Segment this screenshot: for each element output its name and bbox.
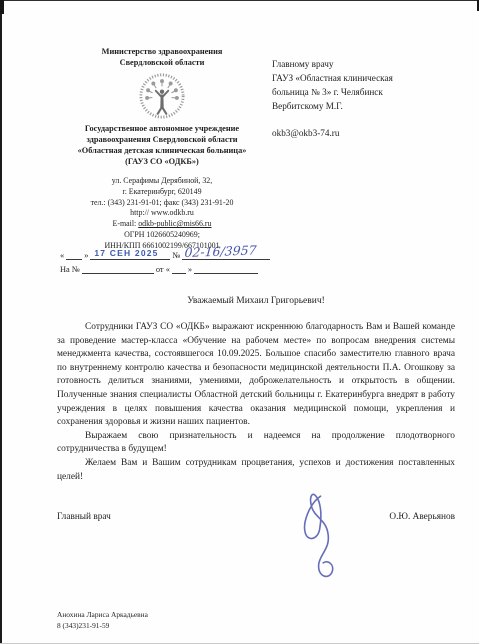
body-paragraph-3: Желаем Вам и Вашим сотрудникам процветан…: [57, 457, 455, 484]
hospital-logo-icon: [138, 72, 186, 120]
scan-edge-top-left: [0, 0, 4, 14]
sender-ogrn: ОГРН 1026605240969;: [56, 230, 268, 241]
recipient-org-line1: ГАУЗ «Областная клиническая: [272, 71, 462, 85]
executor-block: Анохина Лариса Аркадьевна 8 (343)231-91-…: [57, 610, 148, 631]
scan-edge-top: [0, 0, 479, 1]
letter-body: Сотрудники ГАУЗ СО «ОДКБ» выражают искре…: [57, 321, 455, 484]
org-name-line2: здравоохранения Свердловской области: [56, 134, 268, 145]
body-paragraph-2: Выражаем свою признательность и надеемся…: [57, 430, 455, 457]
recipient-title: Главному врачу: [272, 57, 462, 71]
outgoing-reference-row: « » 17 СЕН 2025 № 02-16/3957: [58, 246, 273, 260]
reference-block: « » 17 СЕН 2025 № 02-16/3957 На № от « »: [58, 246, 273, 274]
signer-position: Главный врач: [57, 512, 111, 522]
recipient-name: Вербитскому М.Г.: [272, 99, 462, 113]
executor-name: Анохина Лариса Аркадьевна: [57, 610, 148, 621]
date-quote-close: »: [82, 251, 90, 260]
date-quote-open: «: [58, 251, 66, 260]
sender-address-block: ул. Серафимы Дерябиной, 32, г. Екатеринб…: [56, 176, 268, 252]
salutation: Уважаемый Михаил Григорьевич!: [57, 296, 455, 306]
sender-email-label: E-mail:: [113, 219, 137, 228]
ministry-name-line2: Свердловской области: [56, 57, 268, 68]
reply-date-blank: [172, 263, 186, 274]
org-name-line4: (ГАУЗ СО «ОДКБ»): [56, 156, 268, 167]
sender-email-line: E-mail: odkb-public@mis66.ru: [56, 219, 268, 230]
scanned-letter-page: Министерство здравоохранения Свердловско…: [0, 0, 479, 644]
date-day-blank: [66, 249, 82, 260]
signer-name: О.Ю. Аверьянов: [389, 512, 455, 522]
recipient-email: okb3@okb3-74.ru: [272, 126, 462, 140]
reply-from-label: от «: [154, 265, 172, 274]
reply-date-blank2: [194, 263, 258, 274]
body-paragraph-1: Сотрудники ГАУЗ СО «ОДКБ» выражают искре…: [57, 321, 455, 430]
reply-from-close: »: [186, 265, 194, 274]
sender-email-address: odkb-public@mis66.ru: [138, 219, 211, 228]
sender-letterhead: Министерство здравоохранения Свердловско…: [56, 46, 268, 252]
address-street: ул. Серафимы Дерябиной, 32,: [56, 176, 268, 187]
reply-label: На №: [58, 265, 82, 274]
address-phone-fax: тел.: (343) 231-91-01; факс (343) 231-91…: [56, 198, 268, 209]
scan-edge-left: [0, 0, 2, 644]
org-name-line1: Государственное автономное учреждение: [56, 123, 268, 134]
executor-phone: 8 (343)231-91-59: [57, 621, 148, 632]
recipient-block: Главному врачу ГАУЗ «Областная клиническ…: [272, 57, 462, 140]
incoming-reference-row: На № от « »: [58, 260, 273, 274]
reply-number-blank: [82, 263, 154, 274]
recipient-org-line2: больница № 3» г. Челябинск: [272, 85, 462, 99]
address-website: http:// www.odkb.ru: [56, 208, 268, 219]
date-blank: 17 СЕН 2025: [90, 249, 170, 260]
date-stamp: 17 СЕН 2025: [94, 248, 158, 258]
handwritten-outgoing-number: 02-16/3957: [184, 242, 257, 260]
org-name-line3: «Областная детская клиническая больница»: [56, 145, 268, 156]
number-label: №: [170, 251, 182, 260]
number-blank: 02-16/3957: [182, 249, 270, 260]
signature-ink-icon: [285, 486, 365, 590]
ministry-name-line1: Министерство здравоохранения: [56, 46, 268, 57]
address-city: г. Екатеринбург, 620149: [56, 187, 268, 198]
